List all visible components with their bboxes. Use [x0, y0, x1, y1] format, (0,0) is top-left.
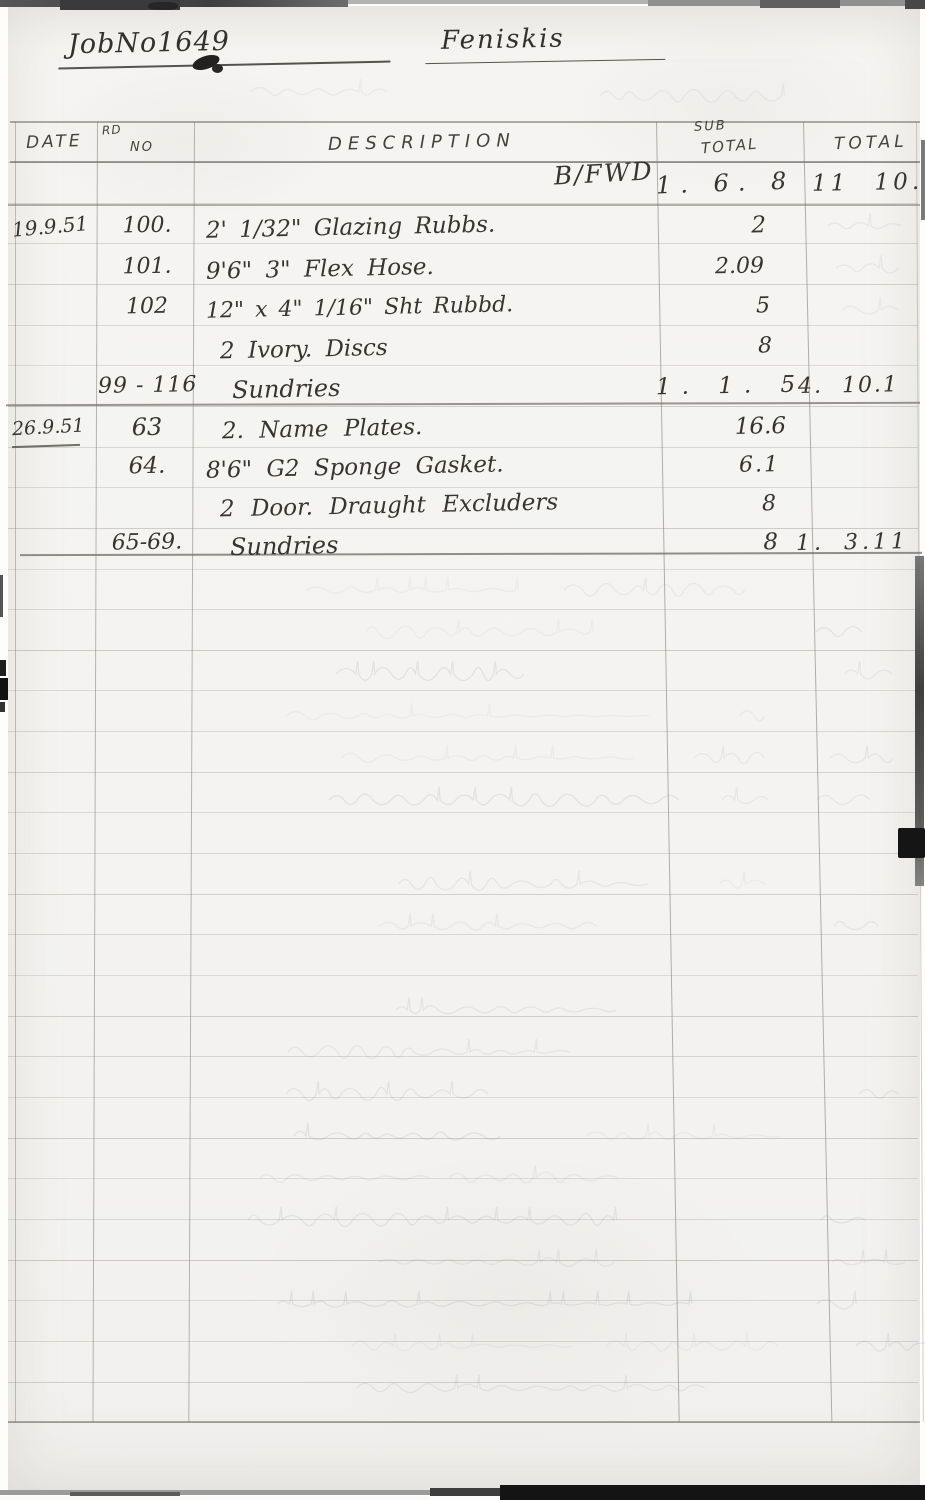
- cell-req-no: 99 - 116: [98, 368, 197, 406]
- cell-sub-total: 8: [656, 487, 797, 525]
- ruled-line: [8, 1219, 918, 1220]
- ledger-rows: B/FWD1. 6. 811 10.1019.9.51100.2' 1/32" …: [0, 0, 925, 600]
- ruled-line: [8, 609, 918, 610]
- cell-sub-total: 6.1: [656, 448, 797, 486]
- cell-description: Sundries: [206, 521, 655, 566]
- cell-req-no: 101.: [98, 249, 197, 287]
- cell-req-no: 65-69.: [98, 525, 197, 563]
- table-bottom-line: [8, 1421, 920, 1423]
- ruled-line: [8, 934, 918, 935]
- cell-total: 11 10.10: [792, 165, 921, 203]
- ruled-line: [8, 853, 918, 854]
- cell-description: 12" x 4" 1/16" Sht Rubbd.: [206, 285, 655, 330]
- ruled-line: [8, 1138, 918, 1139]
- cell-description: 9'6" 3" Flex Hose.: [206, 245, 655, 290]
- cell-sub-total: 8: [656, 329, 797, 367]
- cell-sub-total: 2: [656, 208, 797, 246]
- cell-date: 19.9.51: [11, 205, 100, 248]
- cell-req-no: 63: [98, 409, 197, 447]
- cell-sub-total: 1. 6. 8: [655, 164, 796, 205]
- cell-req-no: 100.: [98, 208, 197, 246]
- ruled-line: [8, 690, 918, 691]
- ruled-line: [8, 731, 918, 732]
- ruled-line: [8, 650, 918, 651]
- cell-req-no: 102: [98, 289, 197, 327]
- cell-date: 26.9.51: [11, 408, 99, 448]
- ruled-line: [8, 1341, 918, 1342]
- ruled-line: [8, 1056, 918, 1057]
- ruled-line: [8, 1260, 918, 1261]
- ruled-line: [8, 1300, 918, 1301]
- ruled-line: [8, 1178, 918, 1179]
- ruled-line: [8, 812, 918, 813]
- cell-total: 1. 3.11: [792, 525, 921, 563]
- cell-sub-total: 2.09: [656, 249, 797, 287]
- ruled-line: [8, 772, 918, 773]
- scanned-ledger-page: JobNo1649 Feniskis DATE RD NO DESCRIPTIO…: [0, 0, 925, 1500]
- cell-sub-total: 8: [656, 525, 797, 563]
- cell-description: 8'6" G2 Sponge Gasket.: [206, 444, 655, 489]
- cell-sub-total: 16.6: [656, 409, 797, 447]
- cell-sub-total: 1. 1. 5: [656, 368, 797, 406]
- cell-description: 2 Ivory. Discs: [206, 325, 655, 370]
- cell-description: 2' 1/32" Glazing Rubbs.: [206, 204, 655, 249]
- ruled-line: [8, 894, 918, 895]
- cell-req-no: 64.: [98, 448, 197, 486]
- cell-total: 4. 10.1: [792, 368, 921, 406]
- cell-description: Sundries: [206, 364, 655, 409]
- ruled-line: [8, 1016, 918, 1017]
- ruled-line: [8, 975, 918, 976]
- cell-sub-total: 5: [656, 289, 797, 327]
- ruled-line: [8, 1097, 918, 1098]
- cell-description: 2. Name Plates.: [206, 405, 655, 450]
- ruled-line: [8, 1382, 918, 1383]
